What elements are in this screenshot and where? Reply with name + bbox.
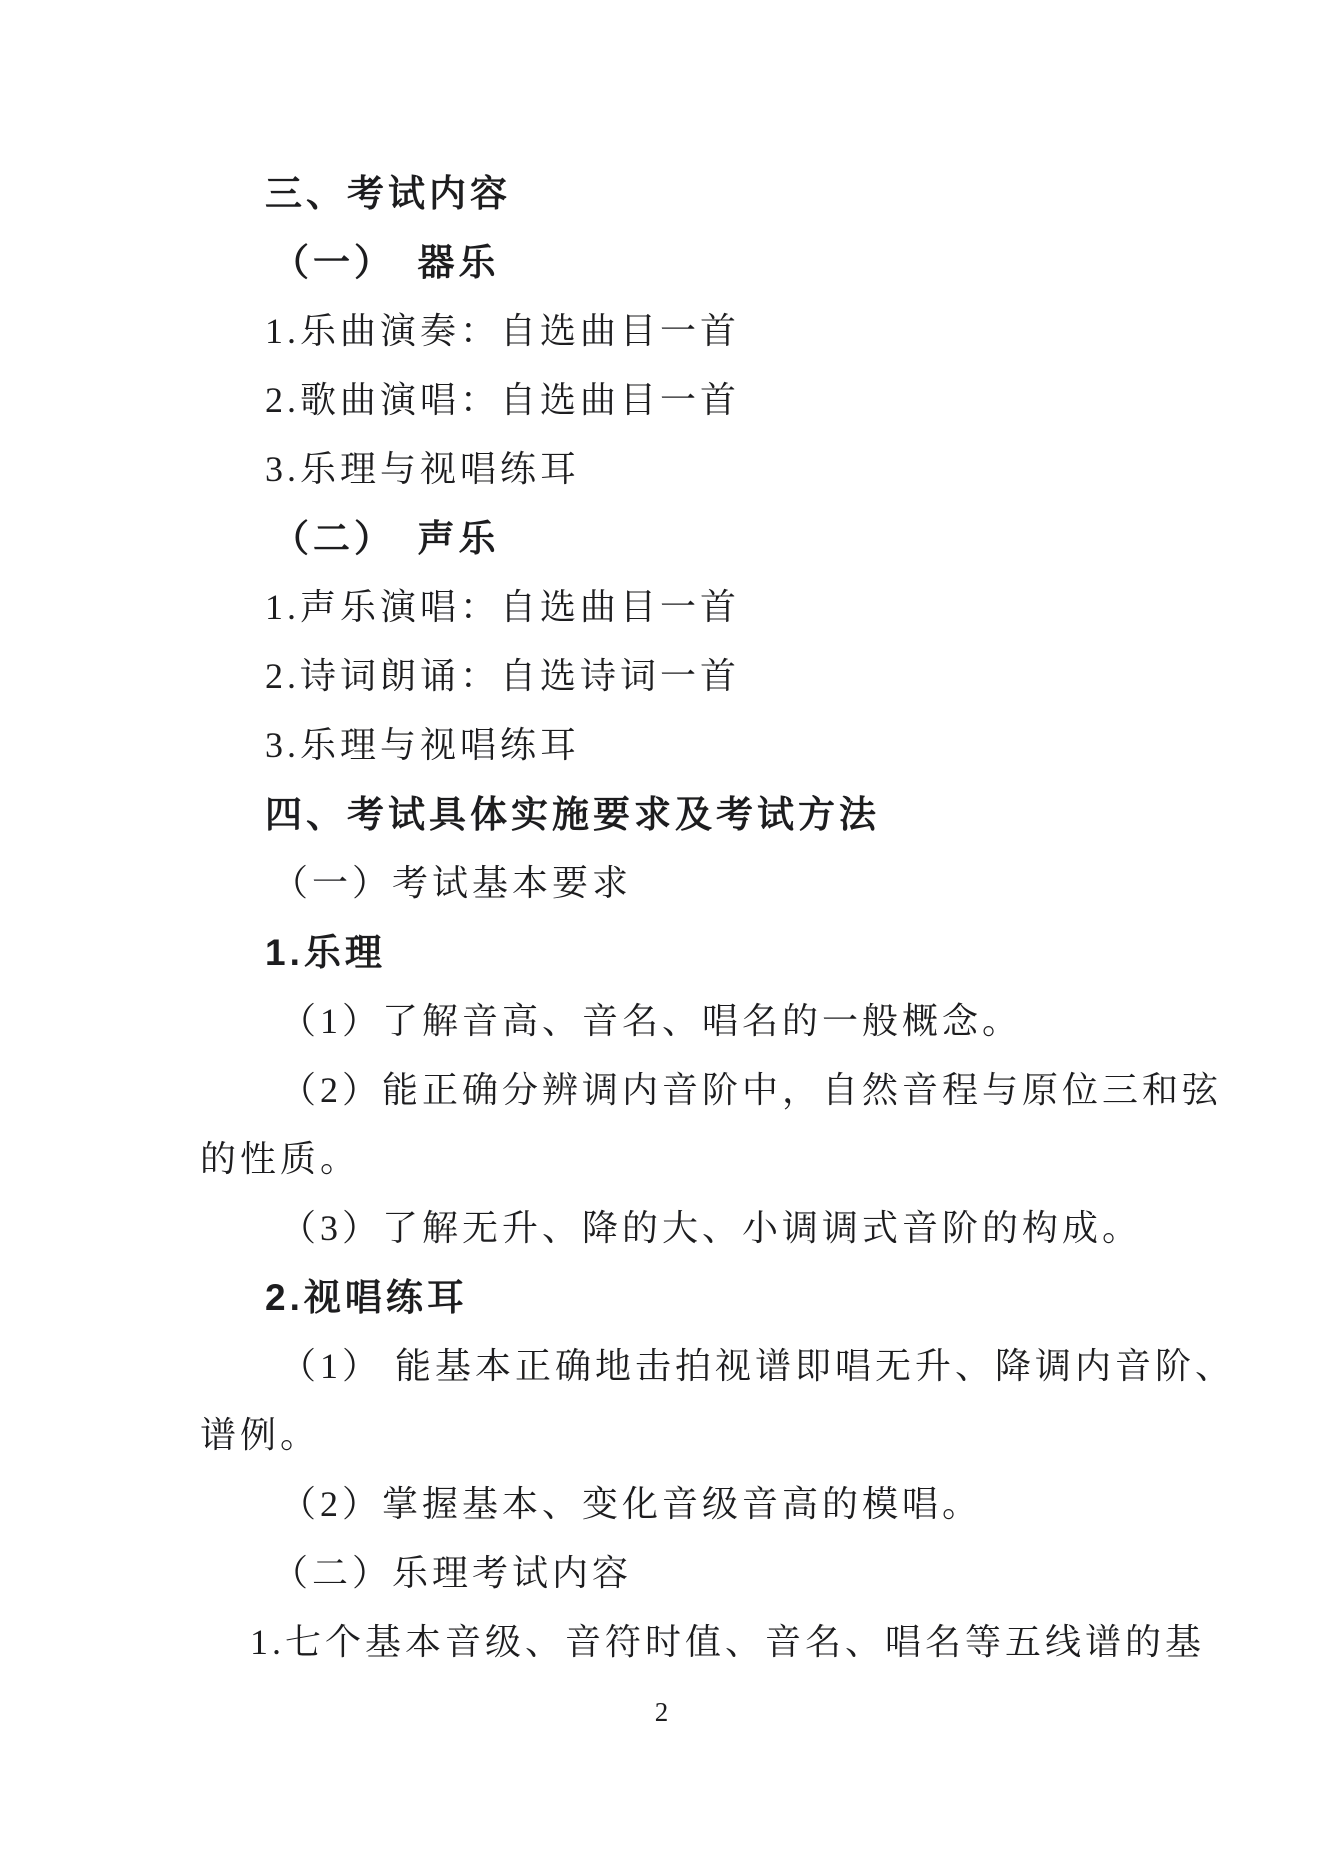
heading-exam-content: 三、考试内容	[200, 159, 1180, 228]
item-theory-req-1: （1）了解音高、音名、唱名的一般概念。	[200, 987, 1180, 1056]
item-theory-content-1: 1.七个基本音级、音符时值、音名、唱名等五线谱的基	[200, 1608, 1180, 1677]
heading-solfege-ear-training: 2.视唱练耳	[200, 1263, 1180, 1332]
item-theory-req-2-continuation: 的性质。	[200, 1125, 1180, 1194]
item-solfege-req-1-continuation: 谱例。	[200, 1401, 1180, 1470]
item-theory-solfege-2: 3.乐理与视唱练耳	[200, 711, 1180, 780]
item-song-singing: 2.歌曲演唱：自选曲目一首	[200, 366, 1180, 435]
item-theory-req-2: （2）能正确分辨调内音阶中，自然音程与原位三和弦	[200, 1056, 1180, 1125]
item-solfege-req-2: （2）掌握基本、变化音级音高的模唱。	[200, 1470, 1180, 1539]
subheading-basic-requirements: （一）考试基本要求	[200, 849, 1180, 918]
heading-music-theory: 1.乐理	[200, 918, 1180, 987]
heading-implementation-methods: 四、考试具体实施要求及考试方法	[200, 780, 1180, 849]
page-number: 2	[0, 1692, 1323, 1732]
document-body: 三、考试内容 （一） 器乐 1.乐曲演奏：自选曲目一首 2.歌曲演唱：自选曲目一…	[200, 159, 1180, 1677]
item-theory-req-3: （3）了解无升、降的大、小调调式音阶的构成。	[200, 1194, 1180, 1263]
item-solfege-req-1: （1） 能基本正确地击拍视谱即唱无升、降调内音阶、	[200, 1332, 1180, 1401]
item-theory-solfege-1: 3.乐理与视唱练耳	[200, 435, 1180, 504]
heading-instrumental: （一） 器乐	[200, 228, 1180, 297]
item-piece-performance: 1.乐曲演奏：自选曲目一首	[200, 297, 1180, 366]
heading-vocal: （二） 声乐	[200, 504, 1180, 573]
item-vocal-singing: 1.声乐演唱：自选曲目一首	[200, 573, 1180, 642]
document-page: 三、考试内容 （一） 器乐 1.乐曲演奏：自选曲目一首 2.歌曲演唱：自选曲目一…	[0, 0, 1323, 1871]
subheading-theory-exam-content: （二）乐理考试内容	[200, 1539, 1180, 1608]
item-poem-recitation: 2.诗词朗诵：自选诗词一首	[200, 642, 1180, 711]
